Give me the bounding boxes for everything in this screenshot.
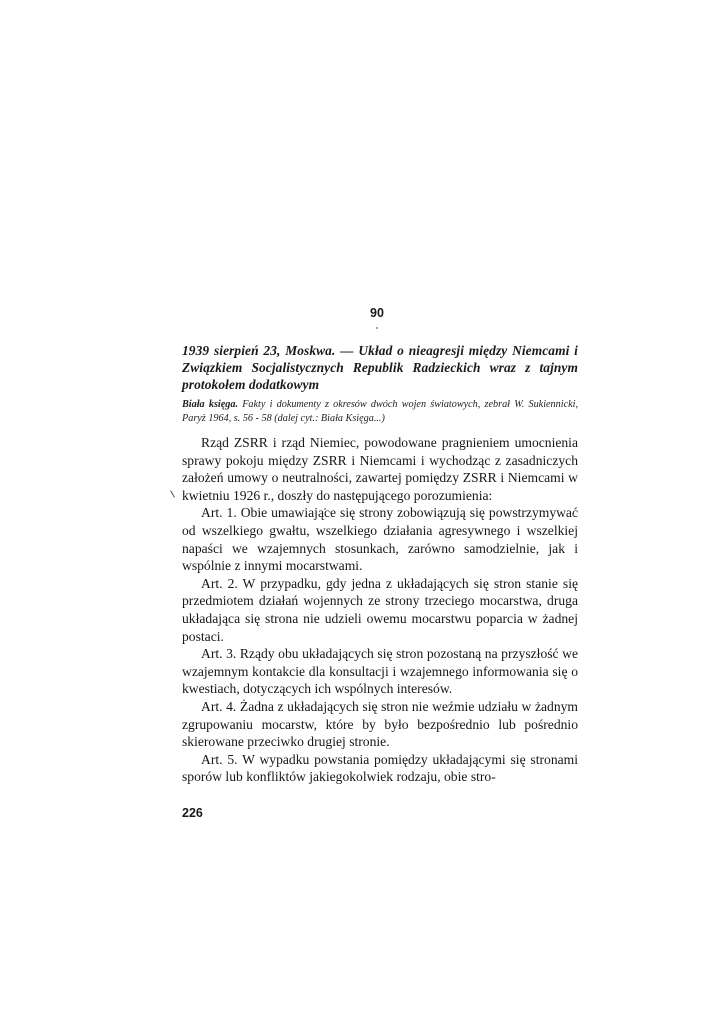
article-4-paragraph: Art. 4. Żadna z układających się stron n… [182, 698, 578, 751]
article-1-paragraph: Art. 1. Obie umawiające się strony zobow… [182, 504, 578, 574]
document-page: 90 1939 sierpień 23, Moskwa. — Układ o n… [0, 0, 725, 1024]
source-citation: Biała księga. Fakty i dokumenty z okresó… [182, 398, 578, 425]
bottom-page-number: 226 [182, 806, 203, 820]
article-2-paragraph: Art. 2. W przypadku, gdy jedna z układaj… [182, 575, 578, 645]
source-details: Fakty i dokumenty z okresów dwóch wojen … [182, 399, 578, 424]
scan-artifact-dot [572, 514, 574, 516]
document-heading: 1939 sierpień 23, Moskwa. — Układ o niea… [182, 342, 578, 393]
scan-artifact-mark [170, 490, 175, 497]
document-body: Rząd ZSRR i rząd Niemiec, powodowane pra… [182, 434, 578, 786]
scan-artifact-dot [376, 327, 378, 329]
preamble-paragraph: Rząd ZSRR i rząd Niemiec, powodowane pra… [182, 434, 578, 504]
article-3-paragraph: Art. 3. Rządy obu układających się stron… [182, 645, 578, 698]
scan-artifact-dot [324, 508, 326, 510]
source-title: Biała księga. [182, 399, 238, 410]
top-page-number: 90 [364, 306, 390, 320]
article-5-paragraph: Art. 5. W wypadku powstania pomiędzy ukł… [182, 751, 578, 786]
